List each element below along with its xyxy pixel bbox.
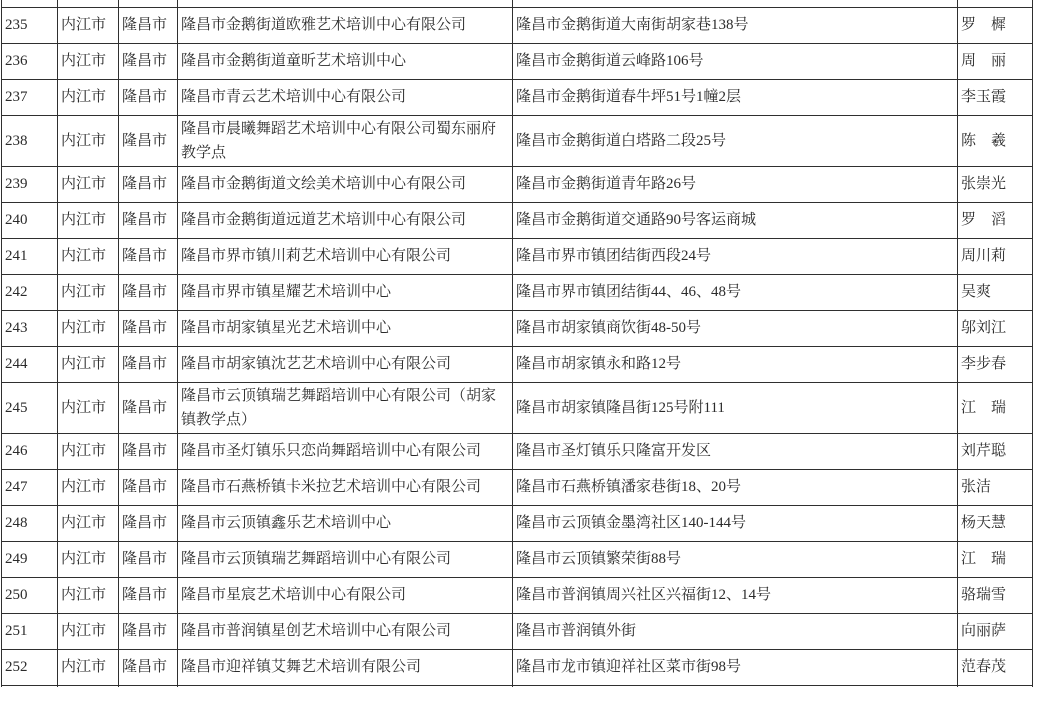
district-cell: 隆昌市 <box>119 505 178 541</box>
address-cell: 隆昌市胡家镇永和路12号 <box>513 346 958 382</box>
contact-cell: 吴爽 <box>958 274 1033 310</box>
contact-cell: 杨天慧 <box>958 505 1033 541</box>
partial-cell <box>178 0 513 7</box>
institution-cell: 隆昌市胡家镇星光艺术培训中心 <box>178 310 513 346</box>
partial-cell <box>119 0 178 7</box>
institution-cell: 隆昌市云顶镇瑞艺舞蹈培训中心有限公司（胡家镇教学点） <box>178 382 513 433</box>
district-cell: 隆昌市 <box>119 202 178 238</box>
institution-cell: 隆昌市胡家镇沈艺艺术培训中心有限公司 <box>178 346 513 382</box>
district-cell: 隆昌市 <box>119 382 178 433</box>
table-row: 236内江市隆昌市隆昌市金鹅街道童昕艺术培训中心隆昌市金鹅街道云峰路106号周 … <box>2 43 1033 79</box>
contact-cell: 范春茂 <box>958 649 1033 685</box>
row-number-cell: 246 <box>2 433 58 469</box>
address-cell: 隆昌市云顶镇繁荣街88号 <box>513 541 958 577</box>
table-row: 241内江市隆昌市隆昌市界市镇川莉艺术培训中心有限公司隆昌市界市镇团结街西段24… <box>2 238 1033 274</box>
institution-cell: 隆昌市金鹅街道文绘美术培训中心有限公司 <box>178 166 513 202</box>
city-cell: 内江市 <box>58 433 119 469</box>
table-row: 250内江市隆昌市隆昌市星宸艺术培训中心有限公司隆昌市普润镇周兴社区兴福街12、… <box>2 577 1033 613</box>
partial-cell <box>513 0 958 7</box>
institution-cell: 隆昌市迎祥镇艾舞艺术培训有限公司 <box>178 649 513 685</box>
row-number-cell: 242 <box>2 274 58 310</box>
contact-cell: 李步春 <box>958 346 1033 382</box>
table-row: 237内江市隆昌市隆昌市青云艺术培训中心有限公司隆昌市金鹅街道春牛坪51号1幢2… <box>2 79 1033 115</box>
address-cell: 隆昌市金鹅街道云峰路106号 <box>513 43 958 79</box>
row-number-cell: 239 <box>2 166 58 202</box>
partial-cell <box>958 0 1033 7</box>
table-row: 239内江市隆昌市隆昌市金鹅街道文绘美术培训中心有限公司隆昌市金鹅街道青年路26… <box>2 166 1033 202</box>
address-cell: 隆昌市金鹅街道春牛坪51号1幢2层 <box>513 79 958 115</box>
city-cell: 内江市 <box>58 238 119 274</box>
city-cell: 内江市 <box>58 613 119 649</box>
institution-cell: 隆昌市界市镇星耀艺术培训中心 <box>178 274 513 310</box>
address-cell: 隆昌市金鹅街道交通路90号客运商城 <box>513 202 958 238</box>
address-cell: 隆昌市胡家镇隆昌街125号附111 <box>513 382 958 433</box>
district-cell: 隆昌市 <box>119 346 178 382</box>
city-cell: 内江市 <box>58 274 119 310</box>
table-row: 245内江市隆昌市隆昌市云顶镇瑞艺舞蹈培训中心有限公司（胡家镇教学点）隆昌市胡家… <box>2 382 1033 433</box>
city-cell: 内江市 <box>58 79 119 115</box>
institution-cell: 隆昌市金鹅街道童昕艺术培训中心 <box>178 43 513 79</box>
address-cell: 隆昌市金鹅街道青年路26号 <box>513 166 958 202</box>
district-cell: 隆昌市 <box>119 577 178 613</box>
contact-cell: 向丽萨 <box>958 613 1033 649</box>
address-cell: 隆昌市金鹅街道大南街胡家巷138号 <box>513 7 958 43</box>
table-body: 235内江市隆昌市隆昌市金鹅街道欧雅艺术培训中心有限公司隆昌市金鹅街道大南街胡家… <box>2 7 1033 685</box>
district-cell: 隆昌市 <box>119 238 178 274</box>
district-cell: 隆昌市 <box>119 469 178 505</box>
partial-row-bottom <box>2 685 1033 687</box>
contact-cell: 罗 滔 <box>958 202 1033 238</box>
city-cell: 内江市 <box>58 649 119 685</box>
address-cell: 隆昌市界市镇团结街西段24号 <box>513 238 958 274</box>
address-cell: 隆昌市普润镇周兴社区兴福街12、14号 <box>513 577 958 613</box>
row-number-cell: 247 <box>2 469 58 505</box>
row-number-cell: 238 <box>2 115 58 166</box>
contact-cell: 李玉霞 <box>958 79 1033 115</box>
contact-cell: 邬刘江 <box>958 310 1033 346</box>
address-cell: 隆昌市普润镇外街 <box>513 613 958 649</box>
district-cell: 隆昌市 <box>119 79 178 115</box>
district-cell: 隆昌市 <box>119 274 178 310</box>
table-row: 242内江市隆昌市隆昌市界市镇星耀艺术培训中心隆昌市界市镇团结街44、46、48… <box>2 274 1033 310</box>
city-cell: 内江市 <box>58 577 119 613</box>
city-cell: 内江市 <box>58 505 119 541</box>
document-page: 235内江市隆昌市隆昌市金鹅街道欧雅艺术培训中心有限公司隆昌市金鹅街道大南街胡家… <box>0 0 1037 713</box>
contact-cell: 骆瑞雪 <box>958 577 1033 613</box>
institution-cell: 隆昌市青云艺术培训中心有限公司 <box>178 79 513 115</box>
city-cell: 内江市 <box>58 202 119 238</box>
address-cell: 隆昌市石燕桥镇潘家巷街18、20号 <box>513 469 958 505</box>
table-row: 244内江市隆昌市隆昌市胡家镇沈艺艺术培训中心有限公司隆昌市胡家镇永和路12号李… <box>2 346 1033 382</box>
institution-cell: 隆昌市云顶镇瑞艺舞蹈培训中心有限公司 <box>178 541 513 577</box>
training-centers-table: 235内江市隆昌市隆昌市金鹅街道欧雅艺术培训中心有限公司隆昌市金鹅街道大南街胡家… <box>1 0 1033 687</box>
district-cell: 隆昌市 <box>119 613 178 649</box>
address-cell: 隆昌市胡家镇商饮街48-50号 <box>513 310 958 346</box>
table-row: 235内江市隆昌市隆昌市金鹅街道欧雅艺术培训中心有限公司隆昌市金鹅街道大南街胡家… <box>2 7 1033 43</box>
address-cell: 隆昌市圣灯镇乐只隆富开发区 <box>513 433 958 469</box>
partial-cell <box>119 685 178 687</box>
city-cell: 内江市 <box>58 541 119 577</box>
contact-cell: 陈 羲 <box>958 115 1033 166</box>
contact-cell: 刘芹聪 <box>958 433 1033 469</box>
institution-cell: 隆昌市金鹅街道远道艺术培训中心有限公司 <box>178 202 513 238</box>
district-cell: 隆昌市 <box>119 649 178 685</box>
institution-cell: 隆昌市金鹅街道欧雅艺术培训中心有限公司 <box>178 7 513 43</box>
institution-cell: 隆昌市圣灯镇乐只恋尚舞蹈培训中心有限公司 <box>178 433 513 469</box>
partial-cell <box>2 685 58 687</box>
institution-cell: 隆昌市界市镇川莉艺术培训中心有限公司 <box>178 238 513 274</box>
partial-row-top <box>2 0 1033 7</box>
contact-cell: 张洁 <box>958 469 1033 505</box>
row-number-cell: 243 <box>2 310 58 346</box>
contact-cell: 周 丽 <box>958 43 1033 79</box>
institution-cell: 隆昌市云顶镇鑫乐艺术培训中心 <box>178 505 513 541</box>
city-cell: 内江市 <box>58 115 119 166</box>
city-cell: 内江市 <box>58 166 119 202</box>
table-row: 248内江市隆昌市隆昌市云顶镇鑫乐艺术培训中心隆昌市云顶镇金墨湾社区140-14… <box>2 505 1033 541</box>
table-row: 247内江市隆昌市隆昌市石燕桥镇卡米拉艺术培训中心有限公司隆昌市石燕桥镇潘家巷街… <box>2 469 1033 505</box>
contact-cell: 周川莉 <box>958 238 1033 274</box>
contact-cell: 张崇光 <box>958 166 1033 202</box>
table-row: 246内江市隆昌市隆昌市圣灯镇乐只恋尚舞蹈培训中心有限公司隆昌市圣灯镇乐只隆富开… <box>2 433 1033 469</box>
address-cell: 隆昌市金鹅街道白塔路二段25号 <box>513 115 958 166</box>
row-number-cell: 236 <box>2 43 58 79</box>
institution-cell: 隆昌市晨曦舞蹈艺术培训中心有限公司蜀东丽府教学点 <box>178 115 513 166</box>
row-number-cell: 252 <box>2 649 58 685</box>
district-cell: 隆昌市 <box>119 43 178 79</box>
row-number-cell: 245 <box>2 382 58 433</box>
city-cell: 内江市 <box>58 7 119 43</box>
partial-cell <box>513 685 958 687</box>
district-cell: 隆昌市 <box>119 541 178 577</box>
row-number-cell: 237 <box>2 79 58 115</box>
partial-cell <box>58 685 119 687</box>
table-row: 251内江市隆昌市隆昌市普润镇星创艺术培训中心有限公司隆昌市普润镇外街向丽萨 <box>2 613 1033 649</box>
row-number-cell: 250 <box>2 577 58 613</box>
district-cell: 隆昌市 <box>119 433 178 469</box>
row-number-cell: 240 <box>2 202 58 238</box>
district-cell: 隆昌市 <box>119 115 178 166</box>
partial-cell <box>178 685 513 687</box>
district-cell: 隆昌市 <box>119 166 178 202</box>
row-number-cell: 235 <box>2 7 58 43</box>
city-cell: 内江市 <box>58 43 119 79</box>
institution-cell: 隆昌市普润镇星创艺术培训中心有限公司 <box>178 613 513 649</box>
table-row: 240内江市隆昌市隆昌市金鹅街道远道艺术培训中心有限公司隆昌市金鹅街道交通路90… <box>2 202 1033 238</box>
partial-cell <box>2 0 58 7</box>
partial-cell <box>958 685 1033 687</box>
table-row: 249内江市隆昌市隆昌市云顶镇瑞艺舞蹈培训中心有限公司隆昌市云顶镇繁荣街88号江… <box>2 541 1033 577</box>
row-number-cell: 249 <box>2 541 58 577</box>
institution-cell: 隆昌市石燕桥镇卡米拉艺术培训中心有限公司 <box>178 469 513 505</box>
row-number-cell: 241 <box>2 238 58 274</box>
city-cell: 内江市 <box>58 382 119 433</box>
row-number-cell: 248 <box>2 505 58 541</box>
row-number-cell: 251 <box>2 613 58 649</box>
city-cell: 内江市 <box>58 469 119 505</box>
address-cell: 隆昌市龙市镇迎祥社区菜市街98号 <box>513 649 958 685</box>
district-cell: 隆昌市 <box>119 7 178 43</box>
partial-cell <box>58 0 119 7</box>
city-cell: 内江市 <box>58 310 119 346</box>
table-row: 238内江市隆昌市隆昌市晨曦舞蹈艺术培训中心有限公司蜀东丽府教学点隆昌市金鹅街道… <box>2 115 1033 166</box>
address-cell: 隆昌市界市镇团结街44、46、48号 <box>513 274 958 310</box>
contact-cell: 江 瑞 <box>958 382 1033 433</box>
address-cell: 隆昌市云顶镇金墨湾社区140-144号 <box>513 505 958 541</box>
district-cell: 隆昌市 <box>119 310 178 346</box>
contact-cell: 江 瑞 <box>958 541 1033 577</box>
row-number-cell: 244 <box>2 346 58 382</box>
table-row: 243内江市隆昌市隆昌市胡家镇星光艺术培训中心隆昌市胡家镇商饮街48-50号邬刘… <box>2 310 1033 346</box>
city-cell: 内江市 <box>58 346 119 382</box>
table-row: 252内江市隆昌市隆昌市迎祥镇艾舞艺术培训有限公司隆昌市龙市镇迎祥社区菜市街98… <box>2 649 1033 685</box>
institution-cell: 隆昌市星宸艺术培训中心有限公司 <box>178 577 513 613</box>
contact-cell: 罗 樨 <box>958 7 1033 43</box>
